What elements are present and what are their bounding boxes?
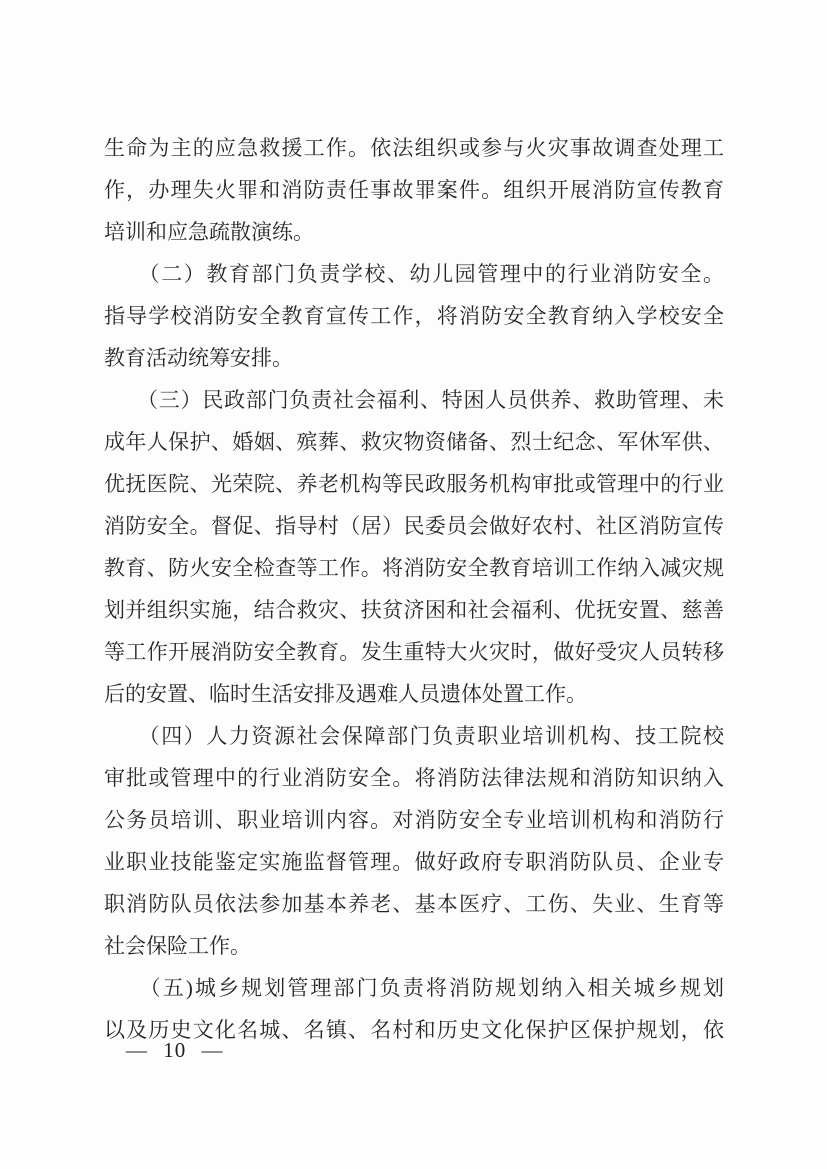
paragraph: 生命为主的应急救援工作。依法组织或参与火灾事故调查处理工作，办理失火罪和消防责任… <box>104 127 724 253</box>
text-line: 指导学校消防安全教育宣传工作，将消防安全教育纳入学校安全 <box>104 295 724 337</box>
text-line: 等工作开展消防安全教育。发生重特大火灾时，做好受灾人员转移 <box>104 631 724 673</box>
text-line: 后的安置、临时生活安排及遇难人员遗体处置工作。 <box>104 673 724 715</box>
document-page: 生命为主的应急救援工作。依法组织或参与火灾事故调查处理工作，办理失火罪和消防责任… <box>0 0 827 1169</box>
text-line: 审批或管理中的行业消防安全。将消防法律法规和消防知识纳入 <box>104 757 724 799</box>
paragraph: （三）民政部门负责社会福利、特困人员供养、救助管理、未成年人保护、婚姻、殡葬、救… <box>104 379 724 715</box>
text-line: 划并组织实施，结合救灾、扶贫济困和社会福利、优抚安置、慈善 <box>104 589 724 631</box>
text-line: （三）民政部门负责社会福利、特困人员供养、救助管理、未 <box>104 379 724 421</box>
paragraph: （二）教育部门负责学校、幼儿园管理中的行业消防安全。指导学校消防安全教育宣传工作… <box>104 253 724 379</box>
text-line: 生命为主的应急救援工作。依法组织或参与火灾事故调查处理工 <box>104 127 724 169</box>
text-line: 消防安全。督促、指导村（居）民委员会做好农村、社区消防宣传 <box>104 505 724 547</box>
text-line: 教育活动统筹安排。 <box>104 337 724 379</box>
text-line: 成年人保护、婚姻、殡葬、救灾物资储备、烈士纪念、军休军供、 <box>104 421 724 463</box>
text-line: 优抚医院、光荣院、养老机构等民政服务机构审批或管理中的行业 <box>104 463 724 505</box>
text-line: （五)城乡规划管理部门负责将消防规划纳入相关城乡规划 <box>104 967 724 1009</box>
text-line: （四）人力资源社会保障部门负责职业培训机构、技工院校 <box>104 715 724 757</box>
text-line: 教育、防火安全检查等工作。将消防安全教育培训工作纳入减灾规 <box>104 547 724 589</box>
text-line: 社会保险工作。 <box>104 925 724 967</box>
page-number: — 10 — <box>126 1035 224 1065</box>
text-line: 培训和应急疏散演练。 <box>104 211 724 253</box>
document-body: 生命为主的应急救援工作。依法组织或参与火灾事故调查处理工作，办理失火罪和消防责任… <box>104 127 724 1051</box>
text-line: （二）教育部门负责学校、幼儿园管理中的行业消防安全。 <box>104 253 724 295</box>
text-line: 职消防队员依法参加基本养老、基本医疗、工伤、失业、生育等 <box>104 883 724 925</box>
text-line: 业职业技能鉴定实施监督管理。做好政府专职消防队员、企业专 <box>104 841 724 883</box>
paragraph: （四）人力资源社会保障部门负责职业培训机构、技工院校审批或管理中的行业消防安全。… <box>104 715 724 967</box>
text-line: 公务员培训、职业培训内容。对消防安全专业培训机构和消防行 <box>104 799 724 841</box>
text-line: 作，办理失火罪和消防责任事故罪案件。组织开展消防宣传教育 <box>104 169 724 211</box>
